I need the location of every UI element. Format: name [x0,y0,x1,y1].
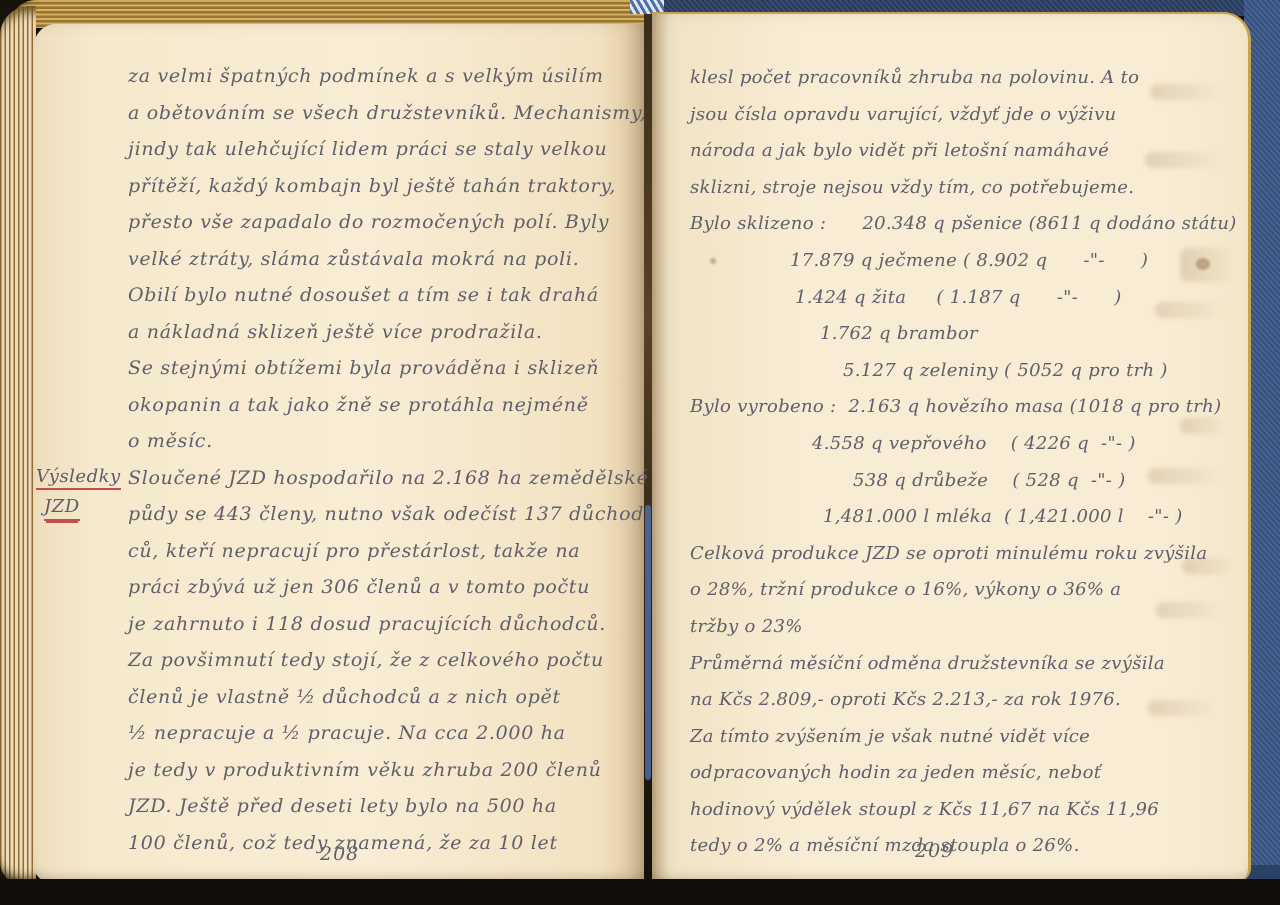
handwritten-line: Za povšimnutí tedy stojí, že z celkového… [128,642,640,679]
handwritten-line: Bylo vyrobeno : 2.163 q hovězího masa (1… [690,389,1190,426]
handwritten-line: Bylo sklizeno : 20.348 q pšenice (8611 q… [690,206,1190,243]
handwritten-line: velké ztráty, sláma zůstávala mokrá na p… [128,241,640,278]
right-page-text-block: klesl počet pracovníků zhruba na polovin… [690,60,1190,865]
margin-note-title: Výsledky [36,466,121,490]
handwritten-line: členů je vlastně ½ důchodců a z nich opě… [128,679,640,716]
handwritten-line: a obětováním se všech družstevníků. Mech… [128,95,640,132]
left-page-text-block: za velmi špatných podmínek a s velkým ús… [128,58,640,861]
bottom-shadow [0,879,1280,905]
handwritten-line: za velmi špatných podmínek a s velkým ús… [128,58,640,95]
handwritten-line: o 28%, tržní produkce o 16%, výkony o 36… [690,572,1190,609]
handwritten-line: 1,481.000 l mléka ( 1,421.000 l -"- ) [690,499,1190,536]
handwritten-line: je zahrnuto i 118 dosud pracujících důch… [128,606,640,643]
page-number-left: 208 [320,843,359,865]
handwritten-line: a nákladná sklizeň ještě více prodražila… [128,314,640,351]
stacked-page-edges-left [0,6,36,884]
handwritten-line: 1.424 q žita ( 1.187 q -"- ) [690,280,1190,317]
handwritten-line: JZD. Ještě před deseti lety bylo na 500 … [128,788,640,825]
handwritten-line: jindy tak ulehčující lidem práci se stal… [128,131,640,168]
page-number-right: 209 [915,840,954,862]
handwritten-line: ců, kteří nepracují pro přestárlost, tak… [128,533,640,570]
handwritten-line: na Kčs 2.809,- oproti Kčs 2.213,- za rok… [690,682,1190,719]
handwritten-line: Sloučené JZD hospodařilo na 2.168 ha zem… [128,460,640,497]
foxing-spot [1196,258,1210,270]
handwritten-line: je tedy v produktivním věku zhruba 200 č… [128,752,640,789]
handwritten-line: 100 členů, což tedy znamená, že za 10 le… [128,825,640,862]
handwritten-line: přesto vše zapadalo do rozmočených polí.… [128,204,640,241]
handwritten-line: přítěží, každý kombajn byl ještě tahán t… [128,168,640,205]
handwritten-line: Celková produkce JZD se oproti minulému … [690,536,1190,573]
handwritten-line: ½ nepracuje a ½ pracuje. Na cca 2.000 ha [128,715,640,752]
handwritten-line: tržby o 23% [690,609,1190,646]
handwritten-line: klesl počet pracovníků zhruba na polovin… [690,60,1190,97]
handwritten-line: Obilí bylo nutné dosoušet a tím se i tak… [128,277,640,314]
handwritten-line: o měsíc. [128,423,640,460]
handwritten-line: okopanin a tak jako žně se protáhla nejm… [128,387,640,424]
handwritten-line: hodinový výdělek stoupl z Kčs 11,67 na K… [690,792,1190,829]
margin-note: Výsledky JZD [36,466,126,521]
margin-note-subtitle: JZD [44,496,80,521]
handwritten-line: jsou čísla opravdu varující, vždyť jde o… [690,97,1190,134]
handwritten-line: národa a jak bylo vidět při letošní namá… [690,133,1190,170]
handwritten-line: Za tímto zvýšením je však nutné vidět ví… [690,719,1190,756]
ribbon-bookmark [645,505,651,780]
handwritten-line: půdy se 443 členy, nutno však odečíst 13… [128,496,640,533]
handwritten-line: 17.879 q ječmene ( 8.902 q -"- ) [690,243,1190,280]
open-notebook-photo: Výsledky JZD za velmi špatných podmínek … [0,0,1280,905]
handwritten-line: 4.558 q vepřového ( 4226 q -"- ) [690,426,1190,463]
handwritten-line: 1.762 q brambor [690,316,1190,353]
handwritten-line: odpracovaných hodin za jeden měsíc, nebo… [690,755,1190,792]
handwritten-line: Se stejnými obtížemi byla prováděna i sk… [128,350,640,387]
handwritten-line: sklizni, stroje nejsou vždy tím, co potř… [690,170,1190,207]
handwritten-line: práci zbývá už jen 306 členů a v tomto p… [128,569,640,606]
handwritten-line: 5.127 q zeleniny ( 5052 q pro trh ) [690,353,1190,390]
handwritten-line: 538 q drůbeže ( 528 q -"- ) [690,463,1190,500]
handwritten-line: Průměrná měsíční odměna družstevníka se … [690,646,1190,683]
